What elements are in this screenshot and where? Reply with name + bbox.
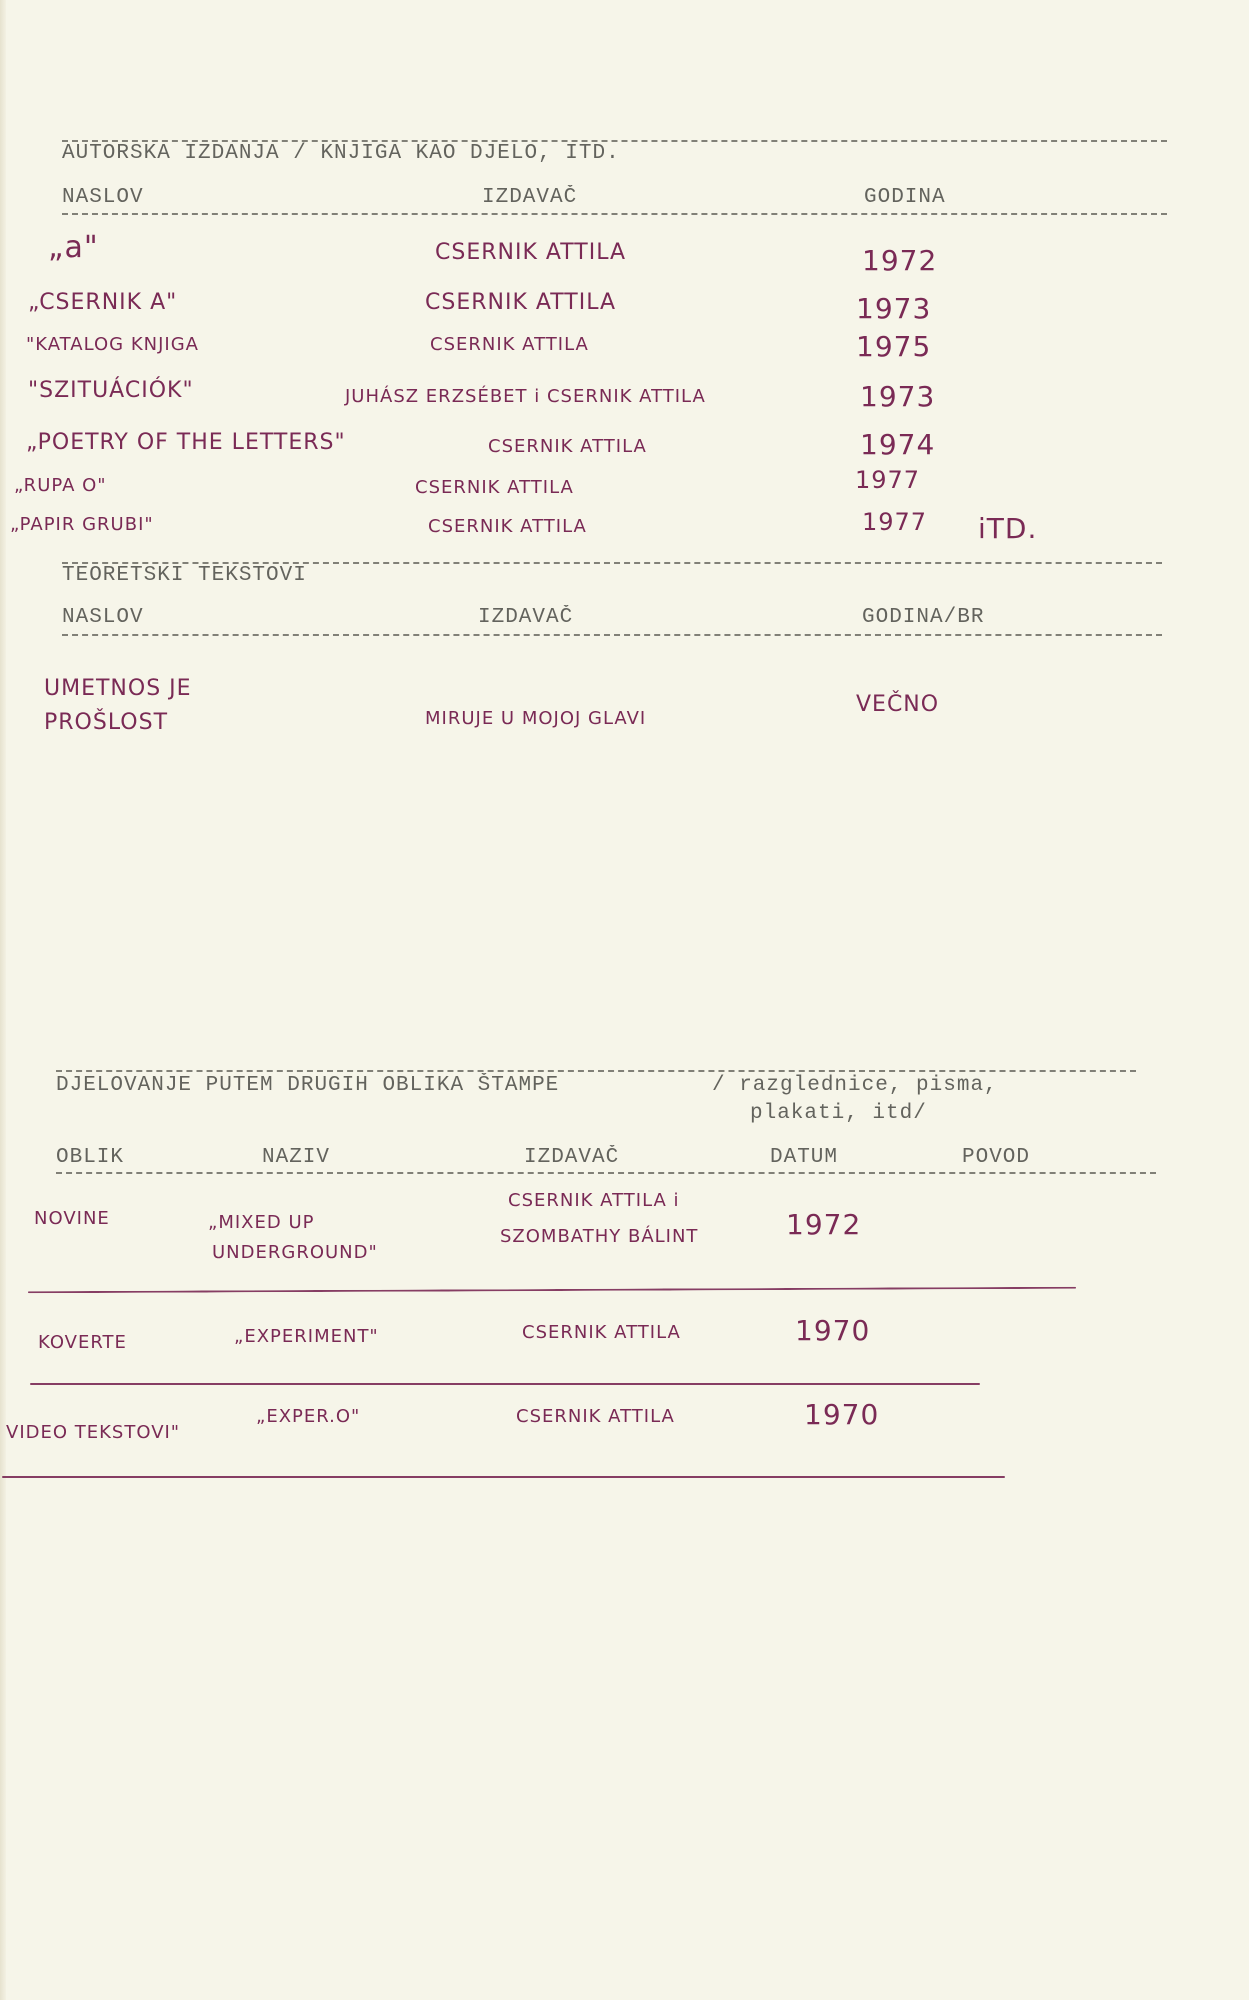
section3-title: DJELOVANJE PUTEM DRUGIH OBLIKA ŠTAMPE	[56, 1074, 559, 1097]
section3-col-oblik: OBLIK	[56, 1146, 124, 1169]
row-izdavac: JUHÁSZ ERZSÉBET i CSERNIK ATTILA	[345, 386, 706, 407]
row-naslov: "KATALOG KNJIGA	[26, 334, 199, 355]
row-naslov: „CSERNIK A"	[28, 290, 177, 315]
row-divider	[2, 1476, 1005, 1478]
section2-title: TEORETSKI TEKSTOVI	[62, 564, 307, 587]
row-izdavac: CSERNIK ATTILA	[435, 240, 626, 265]
row-naziv-line1: „MIXED UP	[208, 1212, 314, 1233]
section1-col-godina: GODINA	[864, 186, 946, 209]
section2-header-rule	[62, 634, 1162, 636]
section3-subtitle-line2: plakati, itd/	[750, 1102, 927, 1125]
row-datum: 1970	[804, 1398, 879, 1431]
section3-subtitle-line1: / razglednice, pisma,	[712, 1074, 998, 1097]
row-oblik: NOVINE	[34, 1208, 110, 1229]
row-divider	[30, 1383, 980, 1385]
row-oblik: KOVERTE	[38, 1332, 127, 1353]
row-godina: 1973	[860, 380, 935, 413]
row-godina: 1972	[862, 244, 937, 277]
section1-col-izdavac: IZDAVAČ	[482, 186, 577, 209]
row-godina: 1977	[862, 508, 927, 536]
row-izdavac: CSERNIK ATTILA	[430, 334, 589, 355]
section2-col-izdavac: IZDAVAČ	[478, 606, 573, 629]
section3-top-rule	[56, 1070, 1136, 1072]
row-naslov: „PAPIR GRUBI"	[10, 514, 154, 535]
row-naziv-line1: „EXPER.O"	[256, 1406, 360, 1427]
row-izdavac: CSERNIK ATTILA	[428, 516, 587, 537]
row-naziv-line2: UNDERGROUND"	[212, 1242, 378, 1263]
section2-col-naslov: NASLOV	[62, 606, 144, 629]
page-edge	[0, 0, 6, 2000]
row-izdavac-line1: CSERNIK ATTILA i	[508, 1190, 680, 1211]
row-izdavac: CSERNIK ATTILA	[425, 290, 616, 315]
section2-col-godina: GODINA/BR	[862, 606, 984, 629]
row-datum: 1970	[795, 1314, 870, 1347]
section3-header-rule	[56, 1172, 1156, 1174]
row-godina: 1975	[856, 330, 931, 363]
row-naslov-line2: PROŠLOST	[44, 710, 168, 735]
section3-col-izdavac: IZDAVAČ	[524, 1146, 619, 1169]
row-naslov: „RUPA O"	[14, 475, 107, 496]
section1-header-rule	[62, 213, 1167, 215]
row-godina: 1977	[855, 466, 920, 494]
row-naziv-line1: „EXPERIMENT"	[234, 1326, 379, 1347]
row-naslov: "SZITUÁCIÓK"	[28, 378, 194, 403]
row-izdavac: MIRUJE U MOJOJ GLAVI	[425, 708, 646, 729]
section1-title: AUTORSKA IZDANJA / KNJIGA KAO DJELO, ITD…	[62, 142, 620, 165]
section3-col-datum: DATUM	[770, 1146, 838, 1169]
row-datum: 1972	[786, 1208, 861, 1241]
section1-note: iTD.	[978, 512, 1037, 545]
row-izdavac: CSERNIK ATTILA	[415, 477, 574, 498]
row-godina: 1974	[860, 428, 935, 461]
row-godina: VEČNO	[856, 692, 939, 717]
row-izdavac-line2: SZOMBATHY BÁLINT	[500, 1226, 698, 1247]
row-divider	[28, 1287, 1076, 1294]
row-naslov-line1: UMETNOS JE	[44, 676, 192, 701]
row-izdavac: CSERNIK ATTILA	[488, 436, 647, 457]
row-godina: 1973	[856, 292, 931, 325]
row-naslov: „a"	[48, 230, 99, 265]
section3-col-naziv: NAZIV	[262, 1146, 330, 1169]
section1-col-naslov: NASLOV	[62, 186, 144, 209]
row-izdavac-line1: CSERNIK ATTILA	[516, 1406, 675, 1427]
row-izdavac-line1: CSERNIK ATTILA	[522, 1322, 681, 1343]
section3-col-povod: POVOD	[962, 1146, 1030, 1169]
row-oblik: VIDEO TEKSTOVI"	[6, 1422, 180, 1443]
row-naslov: „POETRY OF THE LETTERS"	[26, 430, 346, 455]
